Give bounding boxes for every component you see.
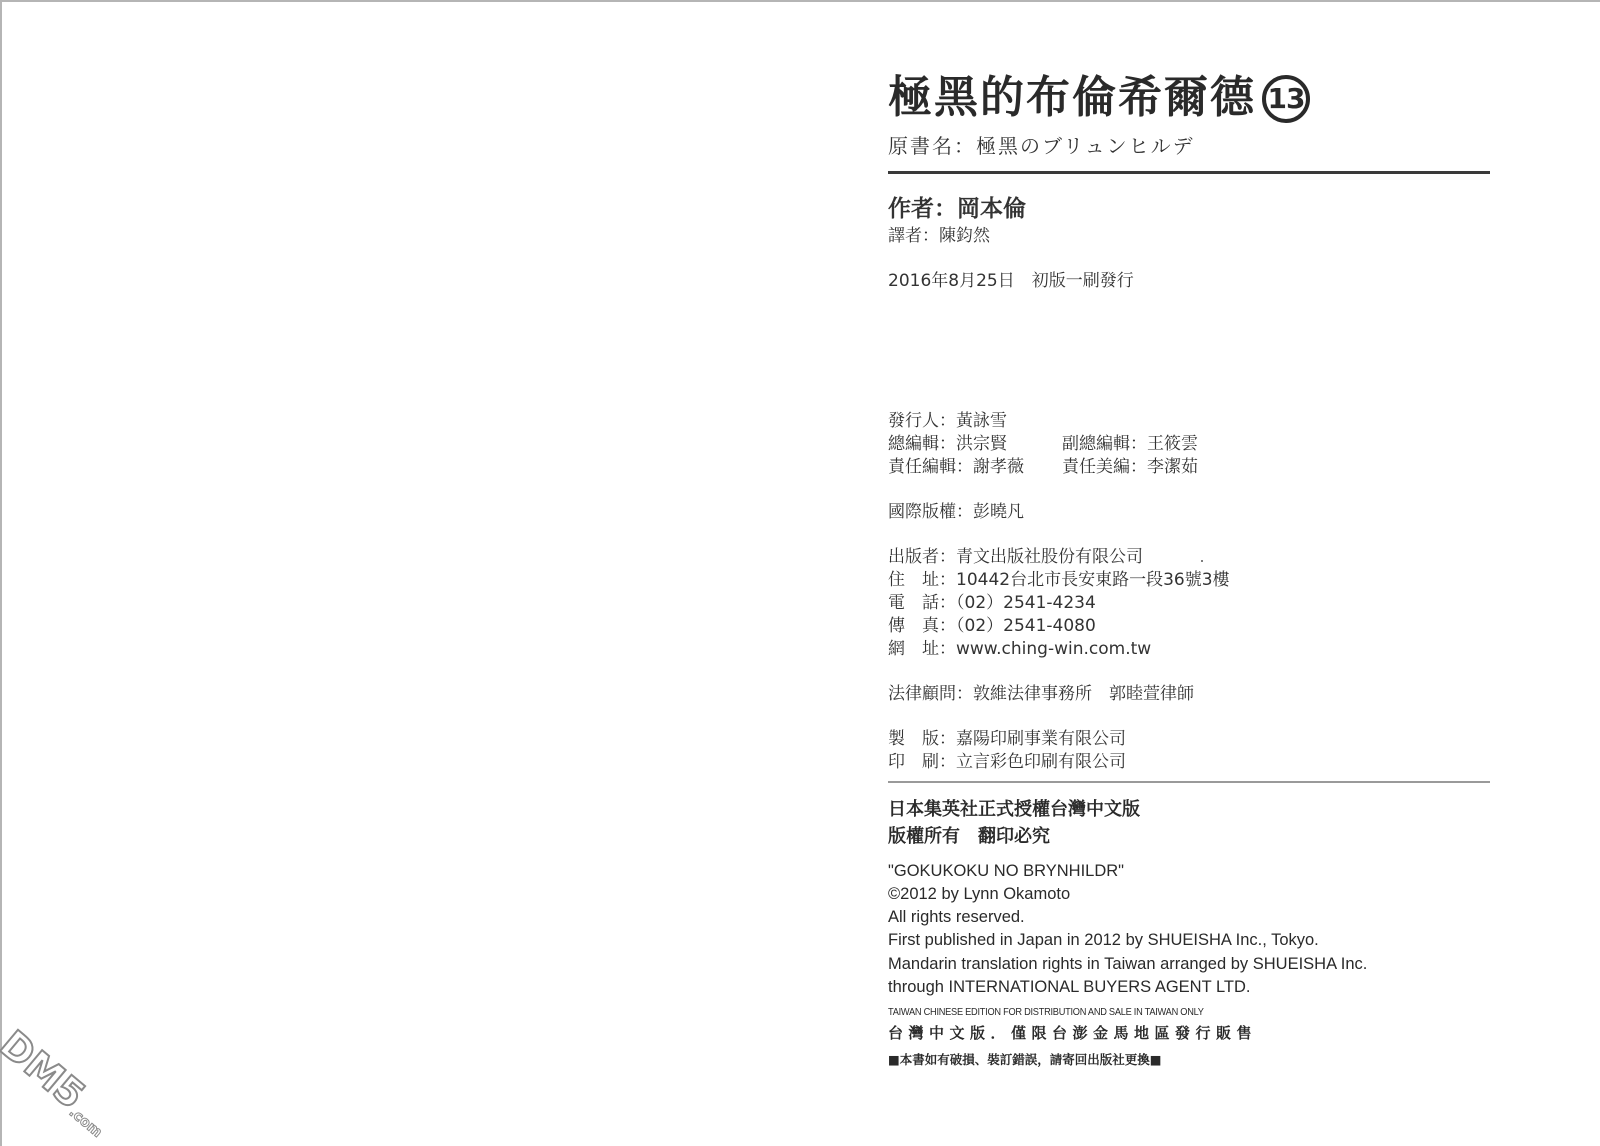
all-rights-reserved-zh: 版權所有 翻印必究 (888, 822, 1050, 848)
distribution-notice-en: TAIWAN CHINESE EDITION FOR DISTRIBUTION … (888, 1006, 1204, 1018)
return-notice: ■本書如有破損、裝訂錯誤，請寄回出版社更換■ (888, 1050, 1162, 1068)
credit-responsible-art-editor: 責任美編：李潔茹 (1062, 456, 1198, 479)
agent-en: through INTERNATIONAL BUYERS AGENT LTD. (888, 978, 1251, 997)
distribution-notice-zh: 台灣中文版．僅限台澎金馬地區發行販售 (888, 1022, 1257, 1043)
mandarin-rights-en: Mandarin translation rights in Taiwan ar… (888, 955, 1367, 974)
credit-row-responsible: 責任編輯：謝孝薇 責任美編：李潔茹 (888, 456, 1024, 479)
first-published-en: First published in Japan in 2012 by SHUE… (888, 931, 1319, 950)
publisher-fax: 傳 真：（02）2541-4080 (888, 615, 1096, 638)
title-divider (888, 171, 1490, 174)
credit-international-rights: 國際版權：彭曉凡 (888, 501, 1024, 524)
legal-counsel: 法律顧問：敦維法律事務所 郭睦萱律師 (888, 683, 1194, 706)
license-statement: 日本集英社正式授權台灣中文版 (888, 795, 1140, 821)
volume-number-badge: 13 (1262, 75, 1310, 123)
stray-dot (1201, 560, 1203, 562)
publisher-phone: 電 話：（02）2541-4234 (888, 592, 1096, 615)
credit-deputy-chief-editor: 副總編輯：王筱雲 (1062, 433, 1198, 456)
credit-publisher-person: 發行人：黃詠雪 (888, 410, 1007, 433)
credit-row-editors: 總編輯：洪宗賢 副總編輯：王筱雲 (888, 433, 1007, 456)
credit-responsible-editor: 責任編輯：謝孝薇 (888, 457, 1024, 477)
book-title: 極黑的布倫希爾德13 (888, 72, 1310, 124)
translator: 譯者：陳鈞然 (888, 221, 990, 246)
author: 作者：岡本倫 (888, 190, 1026, 223)
original-title: 原書名：極黑のブリュンヒルデ (888, 130, 1195, 159)
plate-making: 製 版：嘉陽印刷事業有限公司 (888, 728, 1126, 751)
publication-date: 2016年8月25日 初版一刷發行 (888, 266, 1134, 291)
publisher-website: 網 址：www.ching-win.com.tw (888, 638, 1151, 661)
book-title-text: 極黑的布倫希爾德 (888, 72, 1256, 123)
credit-chief-editor: 總編輯：洪宗賢 (888, 434, 1007, 454)
original-title-en: "GOKUKOKU NO BRYNHILDR" (888, 862, 1124, 881)
printing: 印 刷：立言彩色印刷有限公司 (888, 751, 1126, 774)
rights-reserved-en: All rights reserved. (888, 908, 1025, 927)
publisher-name: 出版者：青文出版社股份有限公司 (888, 546, 1143, 569)
publisher-address: 住 址：10442台北市長安東路一段36號3樓 (888, 569, 1230, 592)
copyright-line: ©2012 by Lynn Okamoto (888, 885, 1070, 904)
license-divider (888, 781, 1490, 783)
